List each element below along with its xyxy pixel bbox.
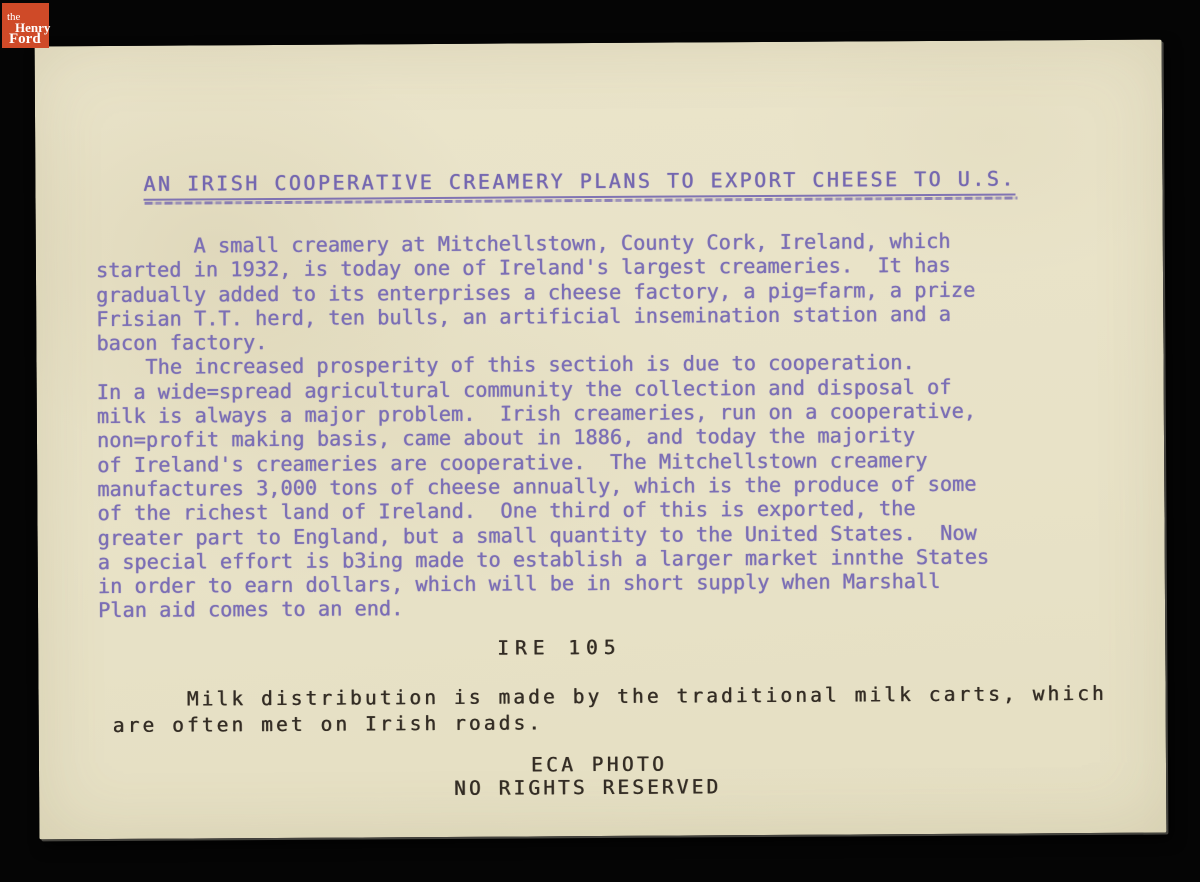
henry-ford-logo-ford: Ford bbox=[9, 32, 41, 47]
paragraph-1: A small creamery at Mitchellstown, Count… bbox=[96, 229, 976, 355]
document-body-text: A small creamery at Mitchellstown, Count… bbox=[96, 228, 1108, 623]
henry-ford-logo: the Henry Ford bbox=[2, 3, 49, 48]
credit-eca-photo: ECA PHOTO bbox=[531, 753, 667, 777]
document-title: AN IRISH COOPERATIVE CREAMERY PLANS TO E… bbox=[143, 166, 1016, 200]
photo-caption: Milk distribution is made by the traditi… bbox=[113, 681, 1133, 738]
photo-archive-scan: the Henry Ford AN IRISH COOPERATIVE CREA… bbox=[0, 0, 1200, 882]
photo-number: IRE 105 bbox=[497, 636, 621, 660]
paragraph-2: The increased prosperity of this sectioh… bbox=[96, 351, 989, 623]
credit-no-rights: NO RIGHTS RESERVED bbox=[454, 775, 721, 800]
document-title-text: AN IRISH COOPERATIVE CREAMERY PLANS TO E… bbox=[143, 166, 1016, 200]
caption-card-paper: AN IRISH COOPERATIVE CREAMERY PLANS TO E… bbox=[35, 40, 1167, 840]
